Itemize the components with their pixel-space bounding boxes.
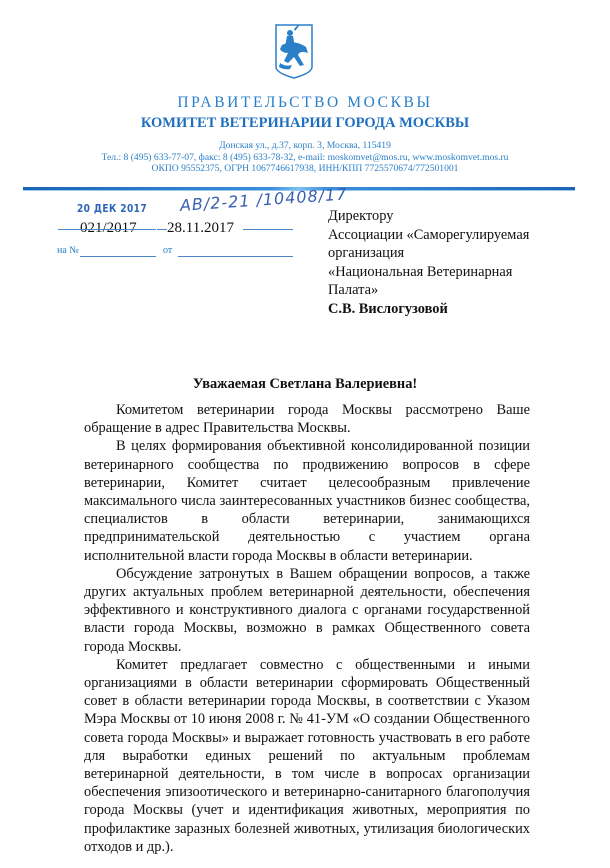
reference-date-underline (178, 256, 293, 257)
reference-number-label: на № (57, 245, 79, 256)
government-title: ПРАВИТЕЛЬСТВО МОСКВЫ (0, 94, 610, 112)
letter-body: Комитетом ветеринарии города Москвы расс… (84, 401, 530, 856)
paragraph: Комитетом ветеринарии города Москвы расс… (84, 401, 530, 437)
addressee-org-line: «Национальная Ветеринарная (328, 263, 608, 282)
reference-number-underline (80, 256, 156, 257)
paragraph: Комитет предлагает совместно с обществен… (84, 656, 530, 856)
addressee-org-line: Ассоциации «Саморегулируемая (328, 226, 608, 245)
contact-info: Донская ул., д.37, корп. 3, Москва, 1154… (0, 140, 610, 175)
addressee-org-line: Палата» (328, 281, 608, 300)
phone-email-line: Тел.: 8 (495) 633-77-07, факс: 8 (495) 6… (0, 152, 610, 164)
paragraph: В целях формирования объективной консоли… (84, 437, 530, 564)
strike-line (243, 229, 293, 230)
committee-title: КОМИТЕТ ВЕТЕРИНАРИИ ГОРОДА МОСКВЫ (0, 115, 610, 132)
strike-line (58, 229, 156, 230)
received-date-stamp: 20 ДЕК 2017 (77, 202, 147, 215)
reference-date-label: от (163, 245, 172, 256)
paragraph: Обсуждение затронутых в Вашем обращении … (84, 565, 530, 656)
addressee-org-line: организация (328, 244, 608, 263)
registry-codes-line: ОКПО 95552375, ОГРН 1067746617938, ИНН/К… (0, 163, 610, 175)
addressee-position: Директору (328, 207, 608, 226)
salutation: Уважаемая Светлана Валериевна! (0, 376, 610, 393)
strike-line (157, 229, 167, 230)
addressee-name: С.В. Вислогузовой (328, 300, 608, 319)
moscow-coat-of-arms-icon (274, 23, 314, 80)
reference-date-value: 28.11.2017 (167, 220, 234, 237)
addressee-block: Директору Ассоциации «Саморегулируемая о… (328, 207, 608, 319)
letter-page: ПРАВИТЕЛЬСТВО МОСКВЫ КОМИТЕТ ВЕТЕРИНАРИИ… (0, 0, 610, 868)
address-line: Донская ул., д.37, корп. 3, Москва, 1154… (0, 140, 610, 152)
